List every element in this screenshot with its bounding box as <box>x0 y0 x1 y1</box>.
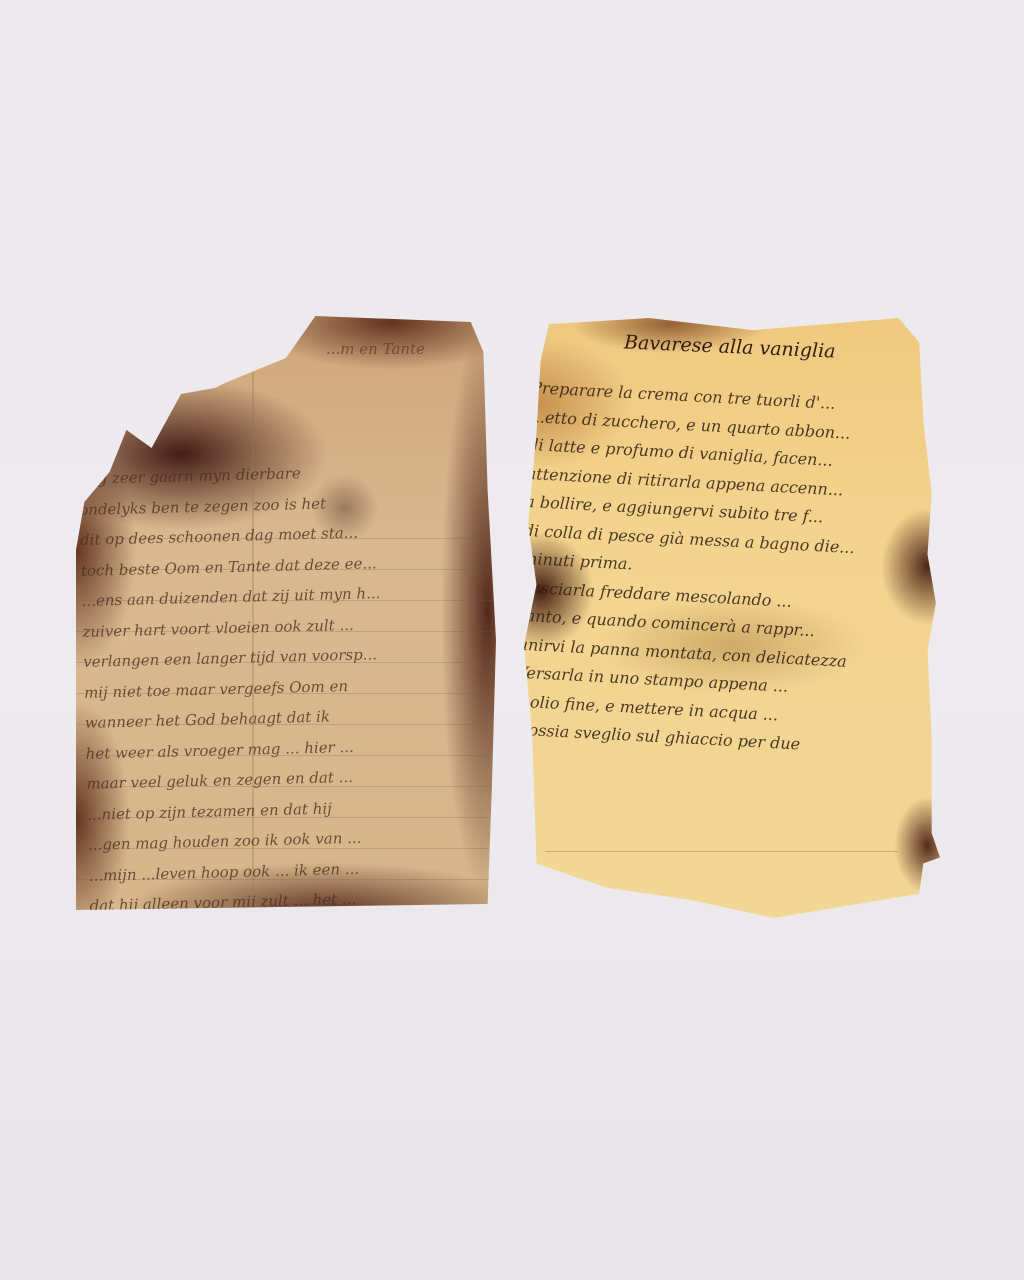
photo-scene: ...m en Tante ...ig zeer gaarn myn dierb… <box>0 0 1024 1280</box>
burnt-recipe-italian: Bavarese alla vaniglia Preparare la crem… <box>524 312 940 918</box>
letter-body: ...ig zeer gaarn myn dierbare ondelyks b… <box>78 456 389 910</box>
recipe-body: Preparare la crema con tre tuorli d'... … <box>524 374 863 761</box>
recipe-title: Bavarese alla vaniglia <box>624 331 836 362</box>
burnt-letter-dutch: ...m en Tante ...ig zeer gaarn myn dierb… <box>76 310 496 910</box>
letter-header: ...m en Tante <box>326 340 425 358</box>
paper-crease <box>545 851 899 852</box>
